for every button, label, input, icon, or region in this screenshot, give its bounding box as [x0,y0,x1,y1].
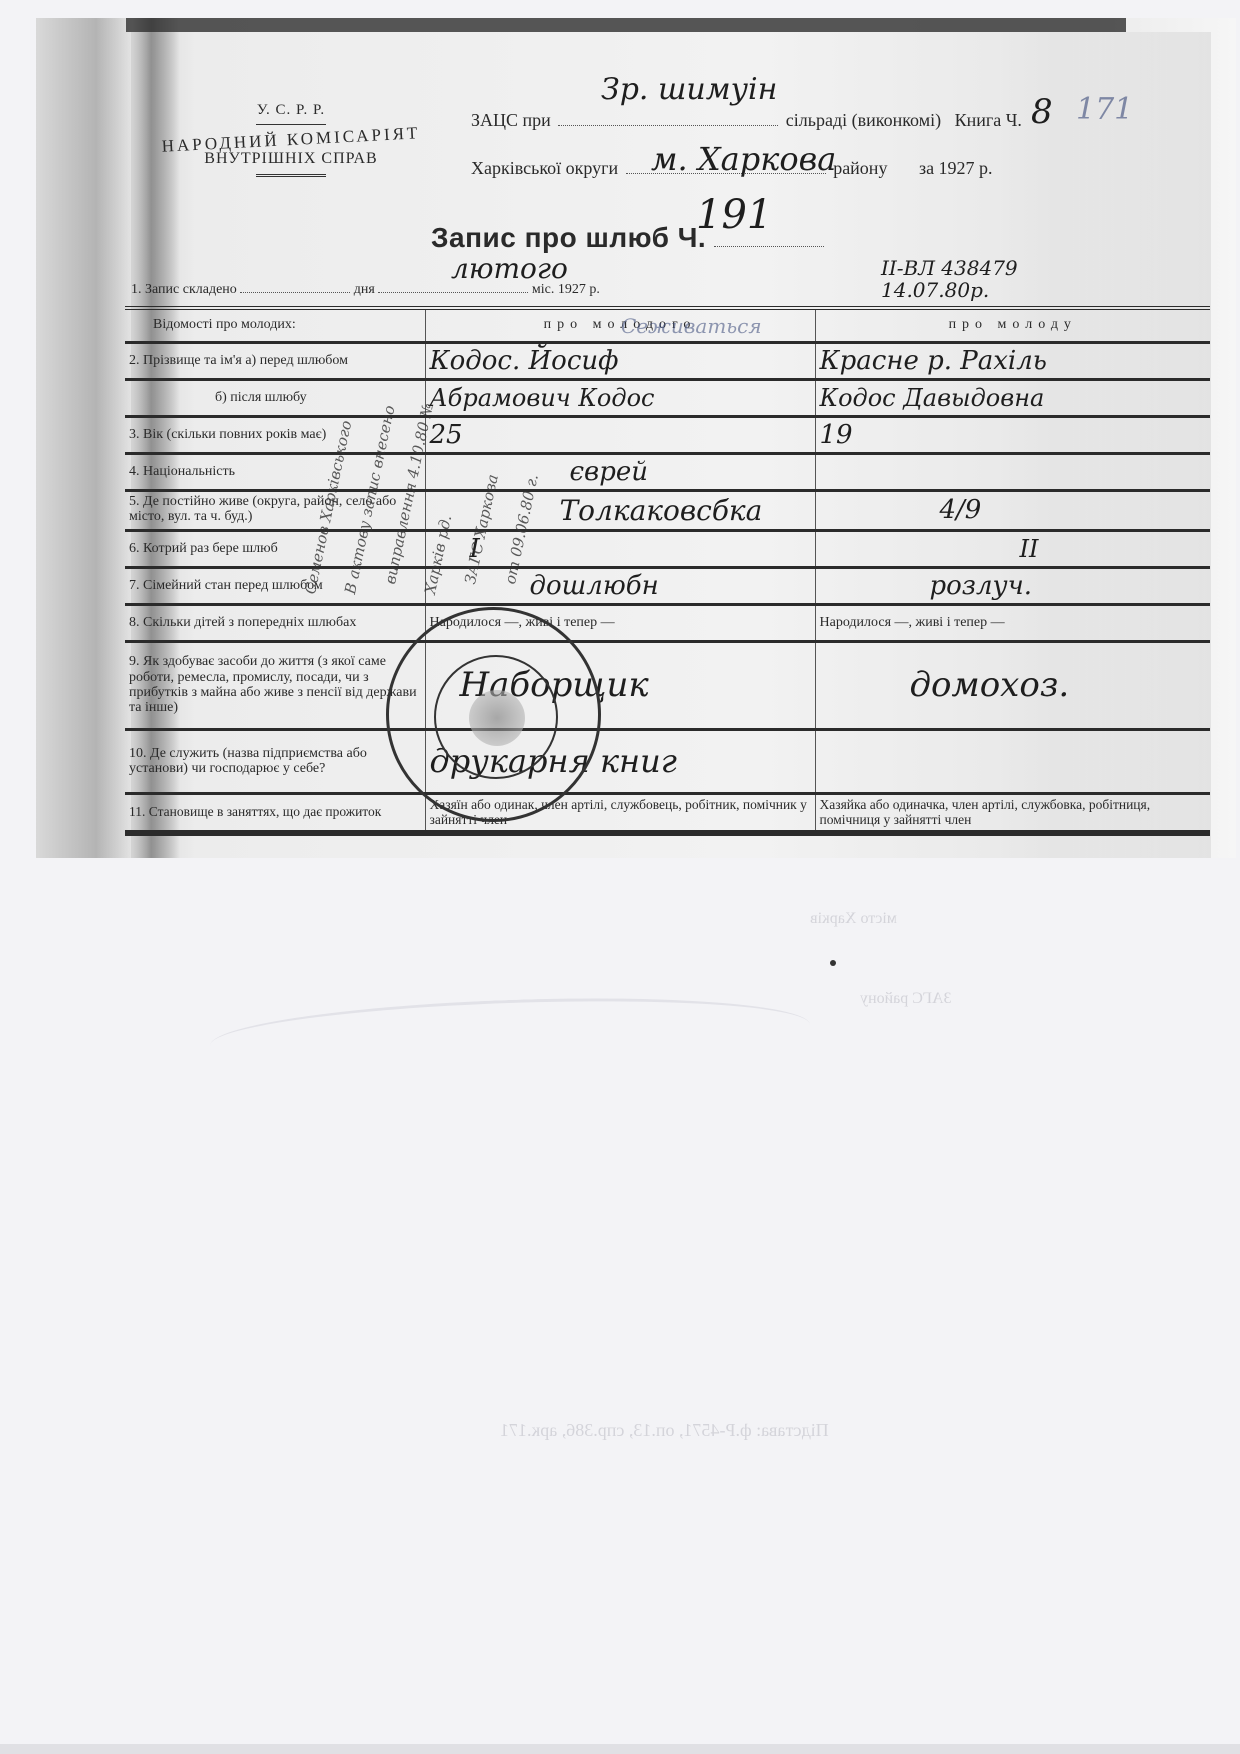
reverse-text: Підстава: ф.Р-4571, оп.13, спр.386, арк.… [500,1420,829,1441]
row-number: 5. [129,494,140,509]
row-number: 7. [129,578,140,593]
book-label: Книга Ч. [955,110,1022,130]
record-date-label: 1. Запис складено [131,282,237,297]
annotation-line2: 14.07.80р. [881,279,1018,301]
row-number: 11. [129,804,145,819]
row-label: Де служить (назва підприємства або устан… [129,746,367,776]
bride-value: II [820,535,1039,563]
ink-dot [830,960,836,966]
scanned-page: У. С. Р. Р. НАРОДНИЙ КОМІСАРІЯТ ВНУТРІШН… [36,18,1236,858]
row-label: Як здобуває засоби до життя (з якої саме… [129,654,417,715]
year-label: за 1927 р. [919,158,993,178]
blank-field [558,125,778,126]
corner-number: 171 [1076,92,1133,127]
margin-note: от 09.06.80 г. [501,473,542,586]
bride-children: Народилося —, живі і тепер — [815,604,1210,641]
row-label: Котрий раз бере шлюб [143,541,278,556]
row-label: Становище в заняттях, що дає прожиток [149,804,382,819]
record-number-handwritten: 191 [696,192,772,238]
book-number-handwritten: 8 [1031,92,1053,132]
row-label: Національність [143,464,235,479]
bride-value: Кодос Давыдовна [820,384,1045,412]
bride-value: 4/9 [820,495,982,525]
bride-value: домохоз. [820,665,1070,705]
zags-handwritten: Зр. шимуін [601,72,777,107]
official-seal [386,607,601,822]
reverse-text: місто Харків [810,910,897,928]
bride-value: Хазяйка або одиначка, член артілі, служб… [815,793,1210,833]
coat-of-arms-icon [469,690,525,746]
header-bride: про молоду [815,308,1210,342]
row-number: 3. [129,427,140,442]
bride-value: розлуч. [820,571,1033,601]
register-page: У. С. Р. Р. НАРОДНИЙ КОМІСАРІЯТ ВНУТРІШН… [131,32,1211,858]
reverse-text: ЗАГС району [860,990,952,1008]
margin-annotations: Семенов Харківського В актову запис внес… [281,112,581,632]
embossed-seal-impression [209,990,811,1081]
scan-edge [0,1744,1240,1754]
archive-annotation: II-ВЛ 438479 14.07.80р. [881,257,1018,301]
row-number: 2. [129,353,140,368]
row-number: 4. [129,464,140,479]
row-number: 6. [129,541,140,556]
bride-value: 19 [820,420,853,450]
table-row: 11. Становище в заняттях, що дає прожито… [125,793,1210,833]
district-handwritten: м. Харкова [651,140,836,178]
table-row: 9. Як здобуває засоби до життя (з якої с… [125,641,1210,729]
book-spine-shadow [126,18,1126,32]
header-stamp-handwritten: Сеживаться [621,314,762,338]
row-number: 9. [129,654,140,669]
margin-note: ЗАГС Харкова [461,473,502,586]
margin-note: Харків рд. [421,513,455,595]
table-row: 10. Де служить (назва підприємства або у… [125,729,1210,793]
blank-field [714,246,824,247]
row-number: 8. [129,615,140,630]
annotation-line1: II-ВЛ 438479 [881,257,1018,279]
bride-value: Красне р. Рахіль [820,346,1047,376]
okr-suffix: району [833,158,887,178]
zags-suffix: сільраді (виконкомі) [786,110,941,130]
row-number: 10. [129,746,147,761]
